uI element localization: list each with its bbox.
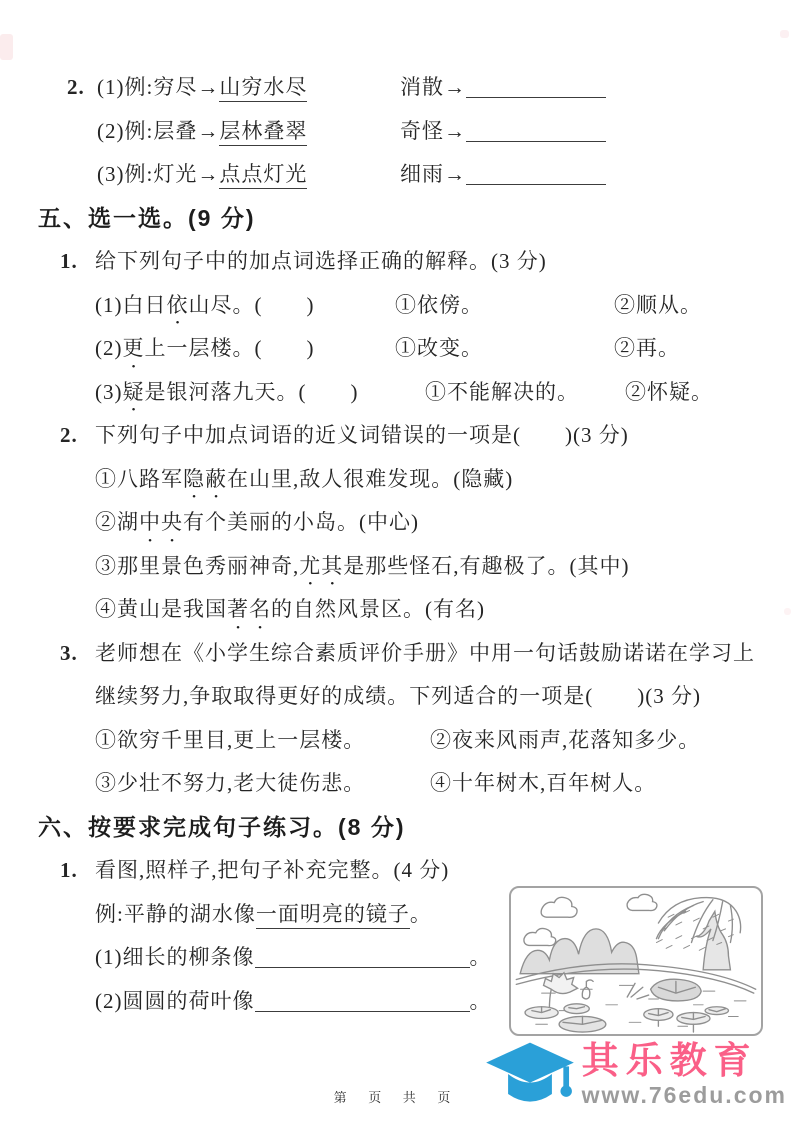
example-fill-row-1: 2.(1)例:穷尽→山穷水尽消散→ [0,66,793,110]
dotted-character: 隐 [183,458,205,502]
text-segment: 。 [470,945,492,969]
row-cell: ①改变。 [395,327,614,371]
text-segment: 1. [60,249,78,273]
text-segment: 1. [60,858,78,882]
text-segment: 细雨→ [400,162,466,186]
example-fill-row-2: (2)例:层叠→层林叠翠奇怪→ [0,110,793,154]
row-cell: 例:平静的湖水像一面明亮的镜子。 [95,893,432,937]
worksheet-body: 2.(1)例:穷尽→山穷水尽消散→(2)例:层叠→层林叠翠奇怪→(3)例:灯光→… [0,0,793,1023]
text-segment: (2)例:层叠→ [97,119,219,143]
dotted-character: 央 [161,501,183,545]
dotted-character: 中 [139,501,161,545]
text-segment: 在山里,敌人很难发现。(隐藏) [227,467,513,491]
emphasis-dotted-word: 隐蔽 [183,467,227,491]
underlined-example: 层林叠翠 [219,119,307,146]
section-six-header: 六、按要求完成句子练习。(8 分) [0,806,793,850]
answer-blank [466,126,606,142]
text-segment: 继续努力,争取取得更好的成绩。下列适合的一项是( )(3 分) [95,684,701,708]
row-cell: 3. [60,632,95,676]
row-cell [67,110,97,154]
brand-name: 其乐教育 [582,1040,758,1082]
text-segment: 例:平静的湖水像 [95,902,256,926]
row-cell: 1. [60,849,95,893]
row-cell: ②湖中央有个美丽的小岛。(中心) [95,501,419,545]
site-url: www.76edu.com [582,1082,787,1108]
text-segment: ①欲穷千里目,更上一层楼。 [95,728,365,752]
text-segment: 有个美丽的小岛。(中心) [183,510,419,534]
q2-option-4: ④黄山是我国著名的自然风景区。(有名) [0,588,793,632]
q1-item-2: (2)更上一层楼。( )①改变。②再。 [0,327,793,371]
text-segment: ②夜来风雨声,花落知多少。 [430,728,700,752]
text-segment: (2)圆圆的荷叶像 [95,989,255,1013]
dotted-character: 依 [167,284,189,328]
q2-option-2: ②湖中央有个美丽的小岛。(中心) [0,501,793,545]
text-segment: 下列句子中加点词语的近义词错误的一项是( )(3 分) [95,423,629,447]
dotted-character: 著 [227,588,249,632]
row-cell: (3)例:灯光→点点灯光 [97,153,400,197]
lake-scene-drawing [511,888,761,1034]
dotted-character: 尤 [299,545,321,589]
row-cell: ②再。 [614,327,680,371]
answer-blank [466,82,606,98]
text-segment: 的自然风景区。(有名) [271,597,485,621]
answer-blank [255,996,470,1012]
row-cell: ②怀疑。 [625,371,713,415]
row-cell: (1)例:穷尽→山穷水尽 [97,66,400,110]
q1-title: 1.给下列句子中的加点词选择正确的解释。(3 分) [0,240,793,284]
text-segment: 看图,照样子,把句子补充完整。(4 分) [95,858,449,882]
row-cell: ③那里景色秀丽神奇,尤其是那些怪石,有趣极了。(其中) [95,545,630,589]
row-cell: ③少壮不努力,老大徒伤悲。 [95,762,430,806]
text-segment: (2) [95,336,123,360]
emphasis-dotted-word: 著名 [227,597,271,621]
text-segment: 。 [470,989,492,1013]
text-segment: ③那里景色秀丽神奇, [95,554,299,578]
text-segment: ④十年树木,百年树人。 [430,771,656,795]
q2-option-1: ①八路军隐蔽在山里,敌人很难发现。(隐藏) [0,458,793,502]
row-cell: 六、按要求完成句子练习。(8 分) [38,806,406,850]
row-cell: 看图,照样子,把句子补充完整。(4 分) [95,849,449,893]
row-cell: (1)细长的柳条像。 [95,936,492,980]
row-cell: 消散→ [400,66,606,110]
section-five-header: 五、选一选。(9 分) [0,197,793,241]
willow-branch [658,906,693,939]
row-cell: 老师想在《小学生综合素质评价手册》中用一句话鼓励诺诺在学习上 [95,632,755,676]
text-segment: ①不能解决的。 [425,380,579,404]
cloud [524,928,556,945]
lotus-flower [544,973,578,994]
dotted-character: 疑 [123,371,145,415]
row-cell [67,153,97,197]
text-segment: (1)例:穷尽→ [97,75,219,99]
underlined-example: 点点灯光 [219,162,307,189]
willow-branch [730,906,732,943]
text-segment: (3)例:灯光→ [97,162,219,186]
worksheet-page: 2.(1)例:穷尽→山穷水尽消散→(2)例:层叠→层林叠翠奇怪→(3)例:灯光→… [0,0,793,1122]
answer-blank [255,952,470,968]
willow-trunk [697,911,730,969]
text-segment: 是银河落九天。( ) [145,380,359,404]
q3-continuation: 继续努力,争取取得更好的成绩。下列适合的一项是( )(3 分) [0,675,793,719]
row-cell: ①欲穷千里目,更上一层楼。 [95,719,430,763]
text-segment: (1)细长的柳条像 [95,945,255,969]
row-cell: ①不能解决的。 [425,371,625,415]
row-cell: 奇怪→ [400,110,606,154]
text-segment: ①依傍。 [395,293,483,317]
text-segment: 是那些怪石,有趣极了。(其中) [343,554,629,578]
row-cell: 细雨→ [400,153,606,197]
text-segment: (3) [95,380,123,404]
q2-title: 2.下列句子中加点词语的近义词错误的一项是( )(3 分) [0,414,793,458]
lake-illustration [509,886,763,1036]
text-segment: 山尽。( ) [189,293,315,317]
row-cell: ④黄山是我国著名的自然风景区。(有名) [95,588,485,632]
emphasis-dotted-word: 依 [167,293,189,317]
text-segment: 。 [410,902,432,926]
emphasis-dotted-word: 尤其 [299,554,343,578]
row-cell: 给下列句子中的加点词选择正确的解释。(3 分) [95,240,547,284]
graduation-cap-icon [482,1034,578,1114]
example-fill-row-3: (3)例:灯光→点点灯光细雨→ [0,153,793,197]
row-cell: (2)更上一层楼。( ) [95,327,395,371]
dotted-character: 其 [321,545,343,589]
dotted-character: 更 [123,327,145,371]
row-cell: ①依傍。 [395,284,614,328]
q1-item-1: (1)白日依山尽。( )①依傍。②顺从。 [0,284,793,328]
text-segment: 老师想在《小学生综合素质评价手册》中用一句话鼓励诺诺在学习上 [95,641,755,665]
emphasis-dotted-word: 疑 [123,380,145,404]
row-cell: ②夜来风雨声,花落知多少。 [430,719,700,763]
row-cell: 1. [60,240,95,284]
text-segment: 五、选一选。(9 分) [38,205,256,231]
text-segment: ①八路军 [95,467,183,491]
row-cell: (2)例:层叠→层林叠翠 [97,110,400,154]
lotus-leaf [705,1007,728,1015]
emphasis-dotted-word: 更 [123,336,145,360]
dotted-character: 名 [249,588,271,632]
row-cell: (3)疑是银河落九天。( ) [95,371,425,415]
row-cell: 继续努力,争取取得更好的成绩。下列适合的一项是( )(3 分) [95,675,701,719]
text-segment: ②再。 [614,336,680,360]
text-segment: 上一层楼。( ) [145,336,315,360]
text-segment: 奇怪→ [400,119,466,143]
text-segment: ①改变。 [395,336,483,360]
row-cell: (1)白日依山尽。( ) [95,284,395,328]
text-segment: ②湖 [95,510,139,534]
row-cell: ①八路军隐蔽在山里,敌人很难发现。(隐藏) [95,458,513,502]
q1-item-3: (3)疑是银河落九天。( )①不能解决的。②怀疑。 [0,371,793,415]
row-cell: 2. [67,66,97,110]
text-segment: ②怀疑。 [625,380,713,404]
text-segment: 消散→ [400,75,466,99]
text-segment: 2. [60,423,78,447]
row-cell: 下列句子中加点词语的近义词错误的一项是( )(3 分) [95,414,629,458]
text-segment: (1)白日 [95,293,167,317]
text-segment: 2. [67,75,85,99]
row-cell: ②顺从。 [614,284,702,328]
text-segment: 3. [60,641,78,665]
cloud [541,897,577,917]
q3-option-row-1: ①欲穷千里目,更上一层楼。②夜来风雨声,花落知多少。 [0,719,793,763]
underlined-example: 山穷水尽 [219,75,307,102]
q3-title: 3.老师想在《小学生综合素质评价手册》中用一句话鼓励诺诺在学习上 [0,632,793,676]
underlined-example: 一面明亮的镜子 [256,902,410,929]
text-segment: 给下列句子中的加点词选择正确的解释。(3 分) [95,249,547,273]
site-logo: 其乐教育 www.76edu.com [482,1034,787,1114]
row-cell: ④十年树木,百年树人。 [430,762,656,806]
cloud [627,894,657,910]
dotted-character: 蔽 [205,458,227,502]
text-segment: 六、按要求完成句子练习。(8 分) [38,814,406,840]
row-cell: 五、选一选。(9 分) [38,197,256,241]
text-segment: ④黄山是我国 [95,597,227,621]
answer-blank [466,169,606,185]
q2-option-3: ③那里景色秀丽神奇,尤其是那些怪石,有趣极了。(其中) [0,545,793,589]
emphasis-dotted-word: 中央 [139,510,183,534]
row-cell: 2. [60,414,95,458]
q3-option-row-2: ③少壮不努力,老大徒伤悲。④十年树木,百年树人。 [0,762,793,806]
text-segment: ②顺从。 [614,293,702,317]
row-cell: (2)圆圆的荷叶像。 [95,980,492,1024]
text-segment: ③少壮不努力,老大徒伤悲。 [95,771,365,795]
